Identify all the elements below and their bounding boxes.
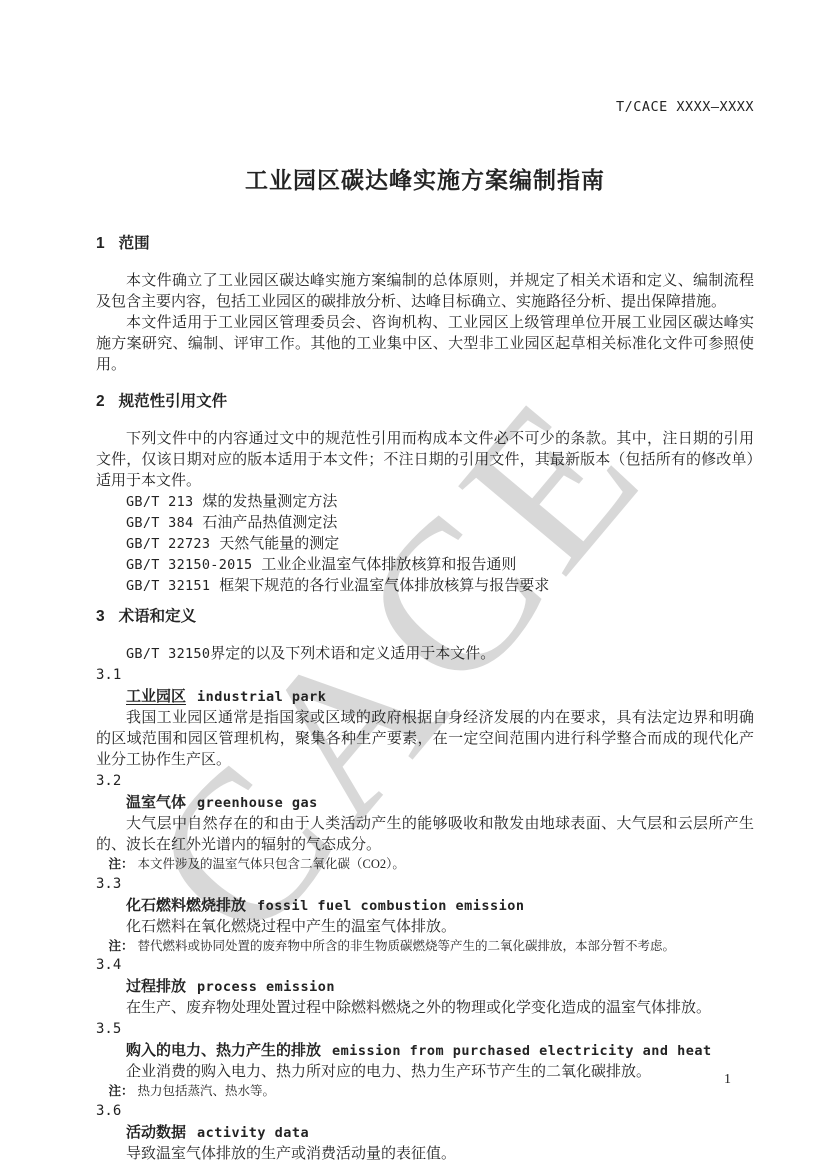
term-en-3-1: industrial park [197, 689, 326, 705]
document-title: 工业园区碳达峰实施方案编制指南 [96, 165, 754, 195]
section-3-intro: GB/T 32150界定的以及下列术语和定义适用于本文件。 [96, 644, 754, 665]
clause-number-3-6: 3.6 [96, 1101, 754, 1122]
definition-3-2: 大气层中自然存在的和由于人类活动产生的能够吸收和散发由地球表面、大气层和云层所产… [96, 814, 754, 856]
section-1-number: 1 [96, 235, 105, 252]
reference-item: GB/T 22723天然气能量的测定 [96, 534, 754, 555]
section-3-title: 术语和定义 [119, 608, 197, 625]
reference-title: 煤的发热量测定方法 [202, 494, 337, 510]
clause-number-3-5: 3.5 [96, 1019, 754, 1040]
section-2-heading: 2规范性引用文件 [96, 391, 754, 413]
term-en-3-6: activity data [197, 1125, 309, 1141]
document-page: CACE T/CACE XXXX—XXXX 工业园区碳达峰实施方案编制指南 1范… [0, 0, 826, 1169]
term-3-4: 过程排放process emission [96, 976, 754, 998]
term-3-3: 化石燃料燃烧排放fossil fuel combustion emission [96, 895, 754, 917]
section-3-heading: 3术语和定义 [96, 606, 754, 628]
term-zh-3-5: 购入的电力、热力产生的排放 [126, 1042, 321, 1059]
clause-number-3-2: 3.2 [96, 771, 754, 792]
term-en-3-3: fossil fuel combustion emission [257, 898, 524, 914]
definition-3-4: 在生产、废弃物处理处置过程中除燃料燃烧之外的物理或化学变化造成的温室气体排放。 [96, 998, 754, 1019]
reference-item: GB/T 384石油产品热值测定法 [96, 513, 754, 534]
page-content: T/CACE XXXX—XXXX 工业园区碳达峰实施方案编制指南 1范围 本文件… [96, 0, 754, 1165]
reference-code: GB/T 22723 [126, 536, 210, 552]
note-3-2: 注：本文件涉及的温室气体只包含二氧化碳（CO2）。 [96, 856, 754, 874]
term-en-3-5: emission from purchased electricity and … [332, 1043, 712, 1059]
term-en-3-4: process emission [197, 979, 335, 995]
reference-item: GB/T 213煤的发热量测定方法 [96, 492, 754, 513]
section-1-paragraph-1: 本文件确立了工业园区碳达峰实施方案编制的总体原则，并规定了相关术语和定义、编制流… [96, 271, 754, 313]
note-text: 本文件涉及的温室气体只包含二氧化碳（CO2）。 [138, 857, 405, 871]
section-2-number: 2 [96, 393, 105, 410]
term-zh-3-2: 温室气体 [126, 794, 186, 811]
definition-3-1: 我国工业园区通常是指国家或区域的政府根据自身经济发展的内在要求，具有法定边界和明… [96, 708, 754, 771]
term-zh-3-6: 活动数据 [126, 1124, 186, 1141]
note-label: 注： [109, 939, 134, 953]
note-label: 注： [109, 1084, 134, 1098]
term-3-2: 温室气体greenhouse gas [96, 792, 754, 814]
term-en-3-2: greenhouse gas [197, 795, 318, 811]
note-3-3: 注：替代燃料或协同处置的废弃物中所含的非生物质碳燃烧等产生的二氧化碳排放，本部分… [96, 938, 754, 956]
reference-title: 石油产品热值测定法 [202, 515, 337, 531]
reference-code: GB/T 32151 [126, 578, 210, 594]
definition-3-5: 企业消费的购入电力、热力所对应的电力、热力生产环节产生的二氧化碳排放。 [96, 1062, 754, 1083]
intro-text: 界定的以及下列术语和定义适用于本文件。 [210, 646, 495, 662]
reference-code: GB/T 213 [126, 494, 193, 510]
standard-reference-number: T/CACE XXXX—XXXX [96, 99, 754, 115]
section-1-heading: 1范围 [96, 233, 754, 255]
reference-title: 框架下规范的各行业温室气体排放核算与报告要求 [219, 578, 549, 594]
term-3-5: 购入的电力、热力产生的排放emission from purchased ele… [96, 1040, 754, 1062]
normative-reference-list: GB/T 213煤的发热量测定方法 GB/T 384石油产品热值测定法 GB/T… [96, 492, 754, 597]
note-3-5: 注：热力包括蒸汽、热水等。 [96, 1083, 754, 1101]
reference-title: 工业企业温室气体排放核算和报告通则 [261, 557, 516, 573]
reference-code: GB/T 32150-2015 [126, 557, 252, 573]
term-zh-3-3: 化石燃料燃烧排放 [126, 897, 246, 914]
definition-3-3: 化石燃料在氧化燃烧过程中产生的温室气体排放。 [96, 917, 754, 938]
section-2-intro: 下列文件中的内容通过文中的规范性引用而构成本文件必不可少的条款。其中，注日期的引… [96, 429, 754, 492]
note-text: 热力包括蒸汽、热水等。 [138, 1084, 276, 1098]
clause-number-3-4: 3.4 [96, 955, 754, 976]
section-1-title: 范围 [119, 235, 150, 252]
note-label: 注： [109, 857, 134, 871]
section-3-number: 3 [96, 608, 105, 625]
page-number: 1 [724, 1072, 731, 1088]
term-zh-3-1: 工业园区 [126, 688, 186, 705]
term-zh-3-4: 过程排放 [126, 978, 186, 995]
reference-code: GB/T 384 [126, 515, 193, 531]
term-3-6: 活动数据activity data [96, 1122, 754, 1144]
reference-item: GB/T 32151框架下规范的各行业温室气体排放核算与报告要求 [96, 576, 754, 597]
reference-item: GB/T 32150-2015工业企业温室气体排放核算和报告通则 [96, 555, 754, 576]
clause-number-3-1: 3.1 [96, 665, 754, 686]
term-3-1: 工业园区industrial park [96, 686, 754, 708]
note-text: 替代燃料或协同处置的废弃物中所含的非生物质碳燃烧等产生的二氧化碳排放，本部分暂不… [138, 939, 676, 953]
intro-standard-code: GB/T 32150 [126, 646, 210, 662]
section-2-title: 规范性引用文件 [119, 393, 228, 410]
section-1-paragraph-2: 本文件适用于工业园区管理委员会、咨询机构、工业园区上级管理单位开展工业园区碳达峰… [96, 313, 754, 376]
reference-title: 天然气能量的测定 [219, 536, 339, 552]
definition-3-6: 导致温室气体排放的生产或消费活动量的表征值。 [96, 1144, 754, 1165]
clause-number-3-3: 3.3 [96, 874, 754, 895]
